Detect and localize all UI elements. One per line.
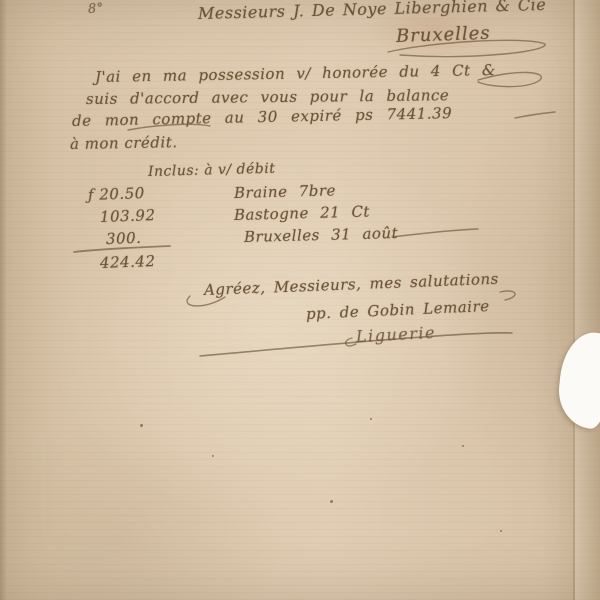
paper-speck xyxy=(500,530,502,532)
recipient-city: Bruxelles xyxy=(396,23,491,47)
letter-scan: 8° Messieurs J. De Noye Liberghien & Cie… xyxy=(0,0,600,600)
account-row-amount: 103.92 xyxy=(100,206,156,226)
account-row-amount: 300. xyxy=(106,229,142,248)
closing-line: Agréez, Messieurs, mes salutations xyxy=(204,270,500,299)
account-row-description: Bruxelles 31 août xyxy=(244,224,399,246)
torn-spot xyxy=(555,330,600,431)
account-row-description: Braine 7bre xyxy=(234,181,336,202)
signature-name: Liguerie xyxy=(356,323,437,346)
body-line: J'ai en ma possession v/ honorée du 4 Ct… xyxy=(95,61,496,86)
body-line: de mon compte au 30 expiré ps 7441.39 xyxy=(72,104,453,130)
paper-speck xyxy=(212,455,214,457)
account-row-description: Bastogne 21 Ct xyxy=(234,202,370,224)
body-line: à mon crédit. xyxy=(70,133,178,153)
account-total: 424.42 xyxy=(100,252,156,272)
paper-speck xyxy=(462,445,464,447)
folio-annotation: 8° xyxy=(87,1,104,17)
signature-firm: pp. de Gobin Lemaire xyxy=(306,297,490,323)
paper-speck xyxy=(140,424,143,427)
recipient-line: Messieurs J. De Noye Liberghien & Cie xyxy=(198,0,547,23)
paper-speck xyxy=(370,418,372,420)
enclosure-note: Inclus: à v/ débit xyxy=(148,161,276,180)
account-row-amount: ƒ 20.50 xyxy=(88,184,145,204)
paper-right-edge xyxy=(575,0,600,600)
paper-speck xyxy=(330,500,333,503)
